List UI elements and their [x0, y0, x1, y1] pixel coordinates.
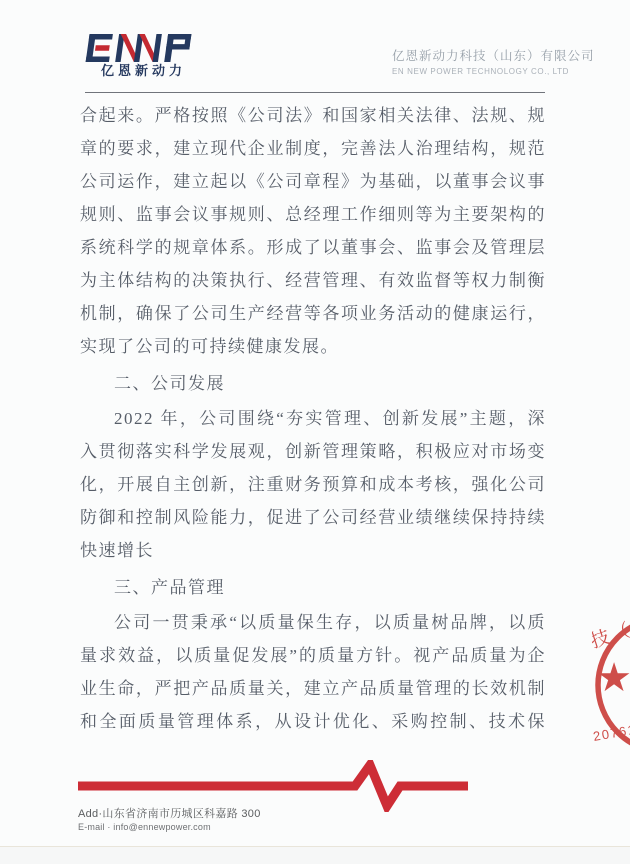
body-line: 合起来。严格按照《公司法》和国家相关法律、法规、规	[80, 99, 546, 132]
footer-email: E-mail · info@ennewpower.com	[78, 822, 211, 832]
ennp-logo-icon	[85, 34, 203, 62]
body-line: 量求效益，以质量促发展”的质量方针。视产品质量为企	[80, 639, 546, 672]
body-line: 业生命，严把产品质量关，建立产品质量管理的长效机制	[80, 672, 546, 705]
body-line: 实现了公司的可持续健康发展。	[80, 330, 546, 363]
document-body: 合起来。严格按照《公司法》和国家相关法律、法规、规章的要求，建立现代企业制度，完…	[80, 99, 546, 738]
body-line: 系统科学的规章体系。形成了以董事会、监事会及管理层	[80, 231, 546, 264]
body-line: 为主体结构的决策执行、经营管理、有效监督等权力制衡	[80, 264, 546, 297]
body-line: 入贯彻落实科学发展观，创新管理策略，积极应对市场变	[80, 435, 546, 468]
body-line: 和全面质量管理体系，从设计优化、采购控制、技术保	[80, 705, 546, 738]
company-name-cn: 亿恩新动力科技（山东）有限公司	[392, 46, 592, 64]
seal-icon: 技（山 ★ 20761	[592, 580, 630, 775]
body-line: 规则、监事会议事规则、总经理工作细则等为主要架构的	[80, 198, 546, 231]
company-name-block: 亿恩新动力科技（山东）有限公司 EN NEW POWER TECHNOLOGY …	[392, 46, 592, 76]
header-divider	[85, 92, 545, 93]
body-line: 公司一贯秉承“以质量保生存，以质量树品牌，以质	[80, 606, 546, 639]
footer-address: Add·山东省济南市历城区科嘉路 300	[78, 805, 261, 821]
seal-star-icon: ★	[596, 655, 630, 700]
body-line: 防御和控制风险能力，促进了公司经营业绩继续保持持续	[80, 501, 546, 534]
body-line: 2022 年，公司围绕“夯实管理、创新发展”主题，深	[80, 402, 546, 435]
page-bottom-edge	[0, 846, 630, 864]
seal-arc-text: 技（山	[592, 612, 630, 652]
body-line: 快速增长	[80, 534, 546, 567]
company-seal-stamp: 技（山 ★ 20761	[592, 580, 630, 775]
document-page: 亿恩新动力 亿恩新动力科技（山东）有限公司 EN NEW POWER TECHN…	[0, 0, 630, 864]
body-line: 化，开展自主创新，注重财务预算和成本考核，强化公司	[80, 468, 546, 501]
body-line: 公司运作，建立起以《公司章程》为基础，以董事会议事	[80, 165, 546, 198]
company-name-en: EN NEW POWER TECHNOLOGY CO., LTD	[392, 67, 592, 76]
body-line: 三、产品管理	[80, 571, 546, 604]
logo-subtext: 亿恩新动力	[101, 60, 186, 79]
body-line: 章的要求，建立现代企业制度，完善法人治理结构，规范	[80, 132, 546, 165]
body-line: 机制，确保了公司生产经营等各项业务活动的健康运行，	[80, 297, 546, 330]
body-line: 二、公司发展	[80, 367, 546, 400]
